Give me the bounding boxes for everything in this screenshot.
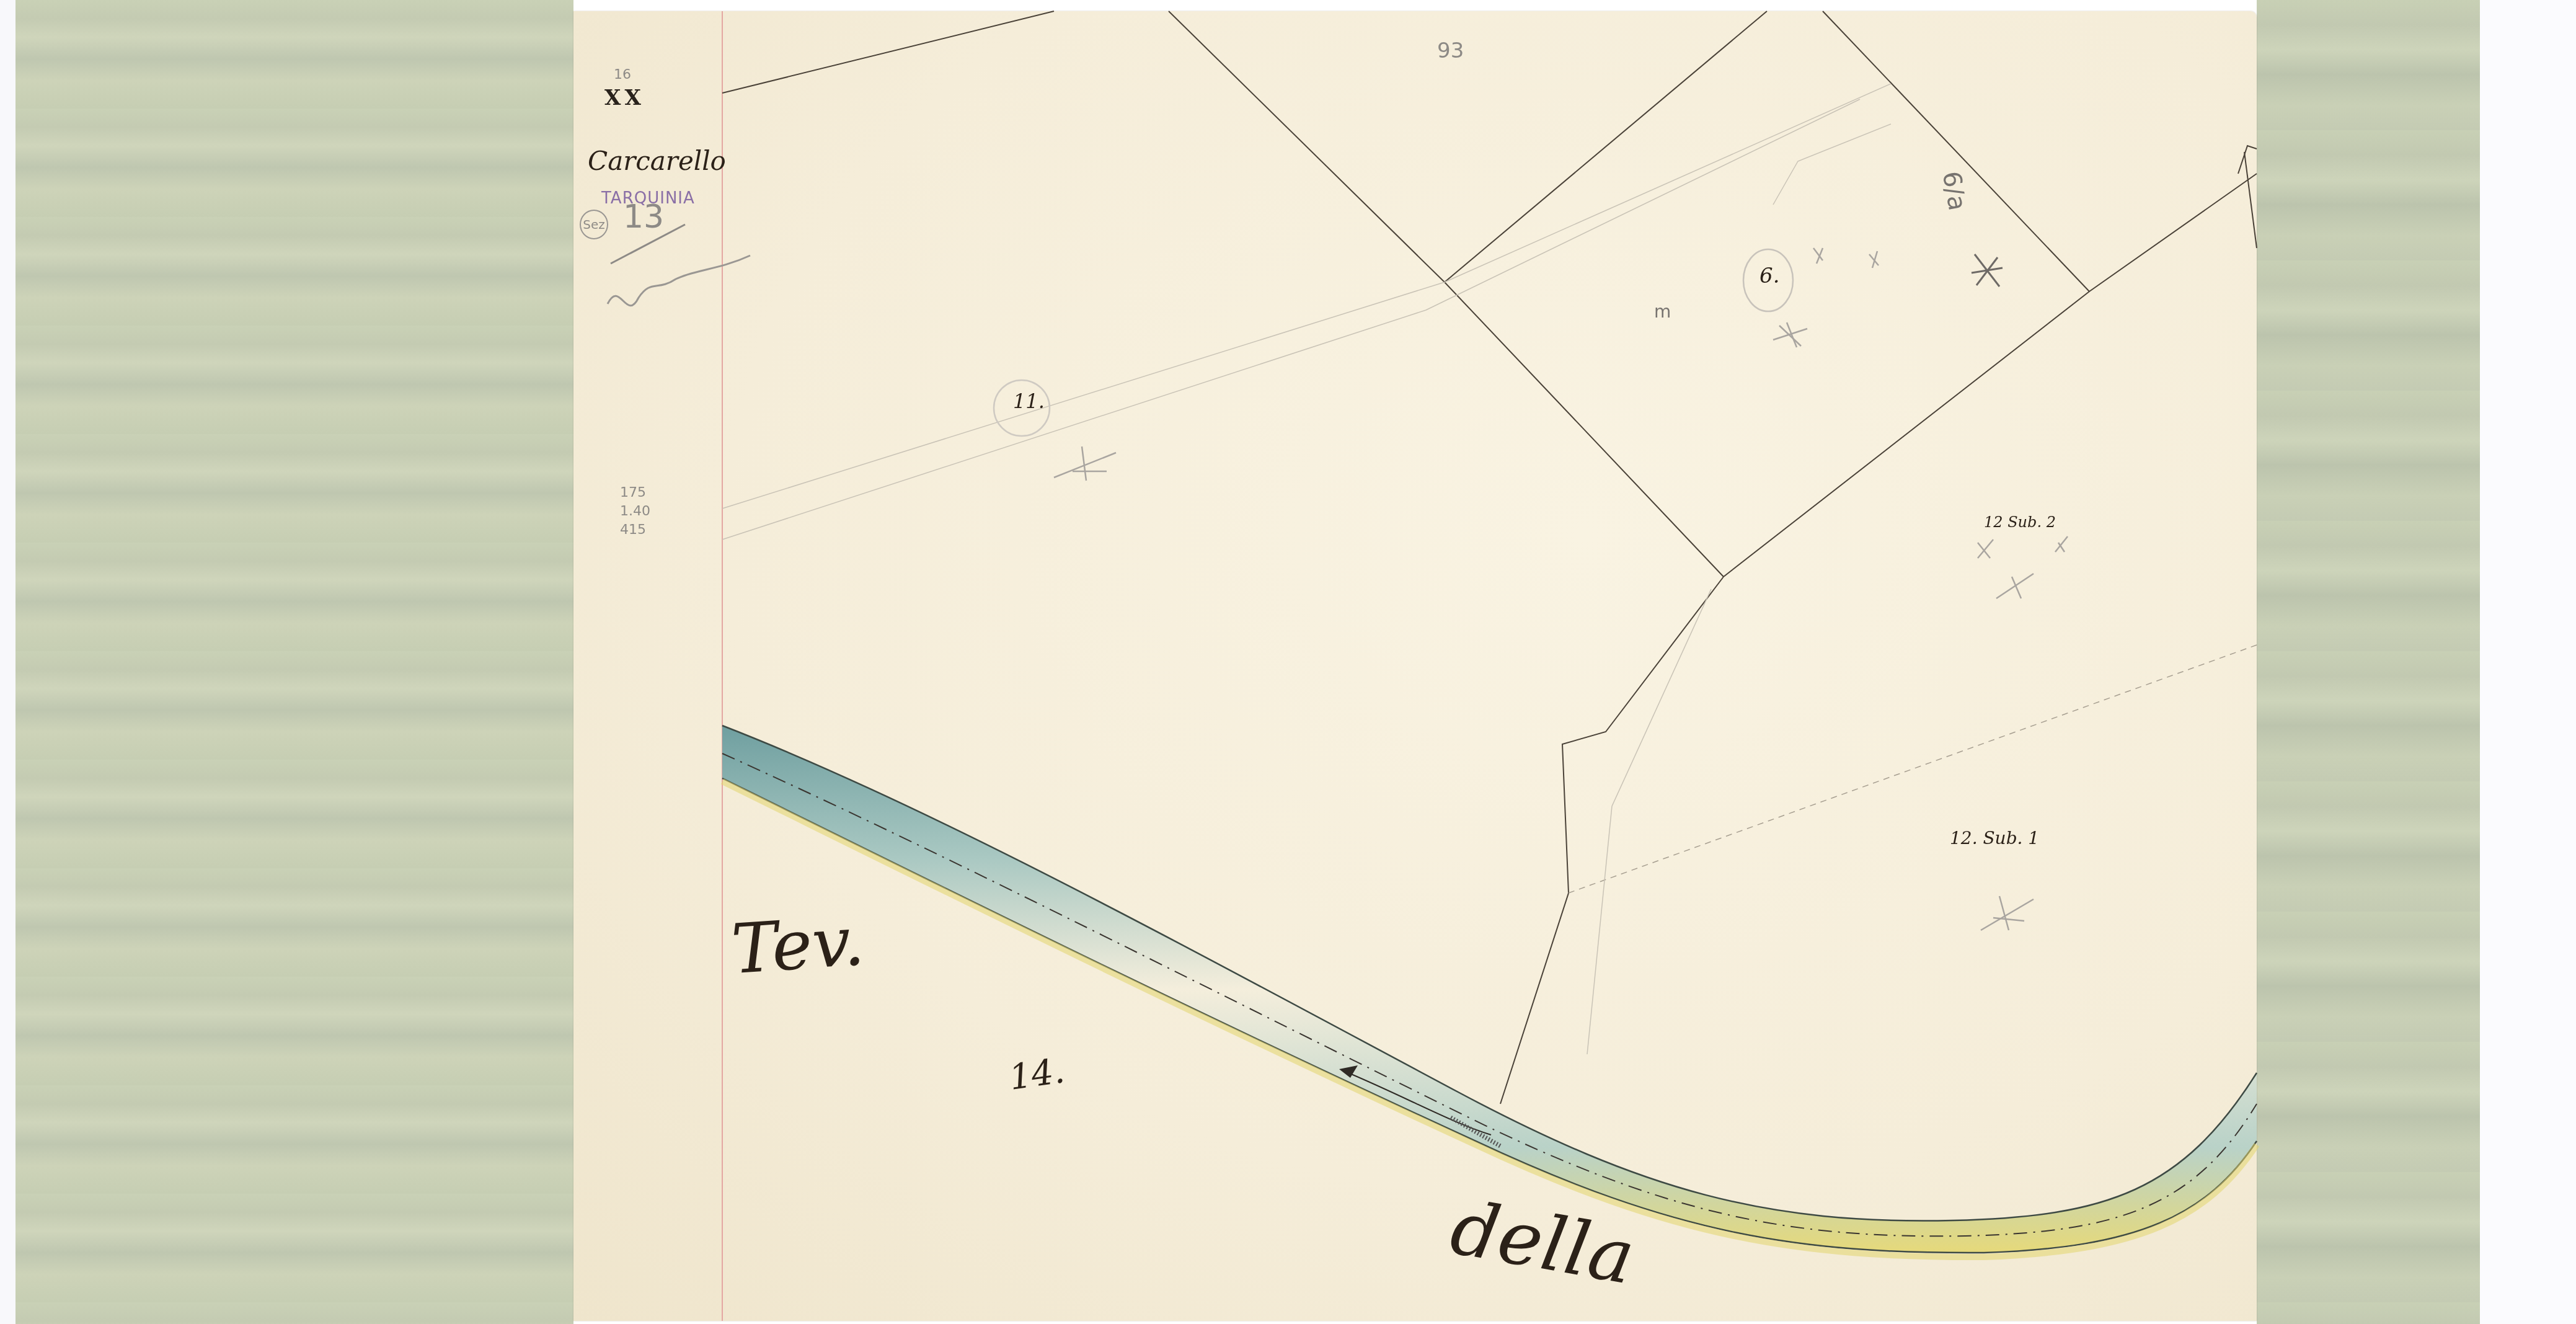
pencil-marks [0,0,2576,1324]
asterisk-icon [1972,254,2003,287]
parcel-11-circle [994,380,1050,436]
image-viewer: 16 XX Carcarello TARQUINIA Sez 13 175 1.… [0,0,2576,1324]
parcel-6-circle [1743,249,1793,311]
pencil-m-mark: m [1654,301,1671,322]
